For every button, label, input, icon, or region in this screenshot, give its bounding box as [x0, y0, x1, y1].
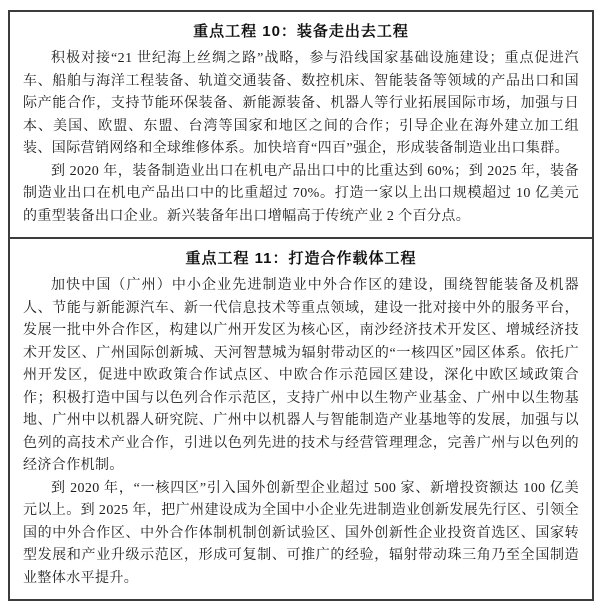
- section-key-project-11: 重点工程 11：打造合作载体工程 加快中国（广州）中小企业先进制造业中外合作区的…: [10, 239, 592, 546]
- section-title: 重点工程 11：打造合作载体工程: [23, 248, 579, 270]
- paragraph: 到 2020 年，“一核四区”引入国外创新型企业超过 500 家、新增投资额达 …: [23, 478, 579, 547]
- paragraph: 加快中国（广州）中小企业先进制造业中外合作区的建设，围绕智能装备及机器人、节能与…: [23, 275, 579, 478]
- paragraph: 到 2020 年，装备制造业出口在机电产品出口中的比重达到 60%；到 2025…: [23, 161, 579, 229]
- document-frame: 重点工程 10：装备走出去工程 积极对接“21 世纪海上丝绸之路”战略，参与沿线…: [8, 10, 594, 546]
- paragraph: 积极对接“21 世纪海上丝绸之路”战略，参与沿线国家基础设施建设；重点促进汽车、…: [23, 48, 579, 161]
- section-key-project-10: 重点工程 10：装备走出去工程 积极对接“21 世纪海上丝绸之路”战略，参与沿线…: [10, 12, 592, 239]
- section-title: 重点工程 10：装备走出去工程: [23, 21, 579, 43]
